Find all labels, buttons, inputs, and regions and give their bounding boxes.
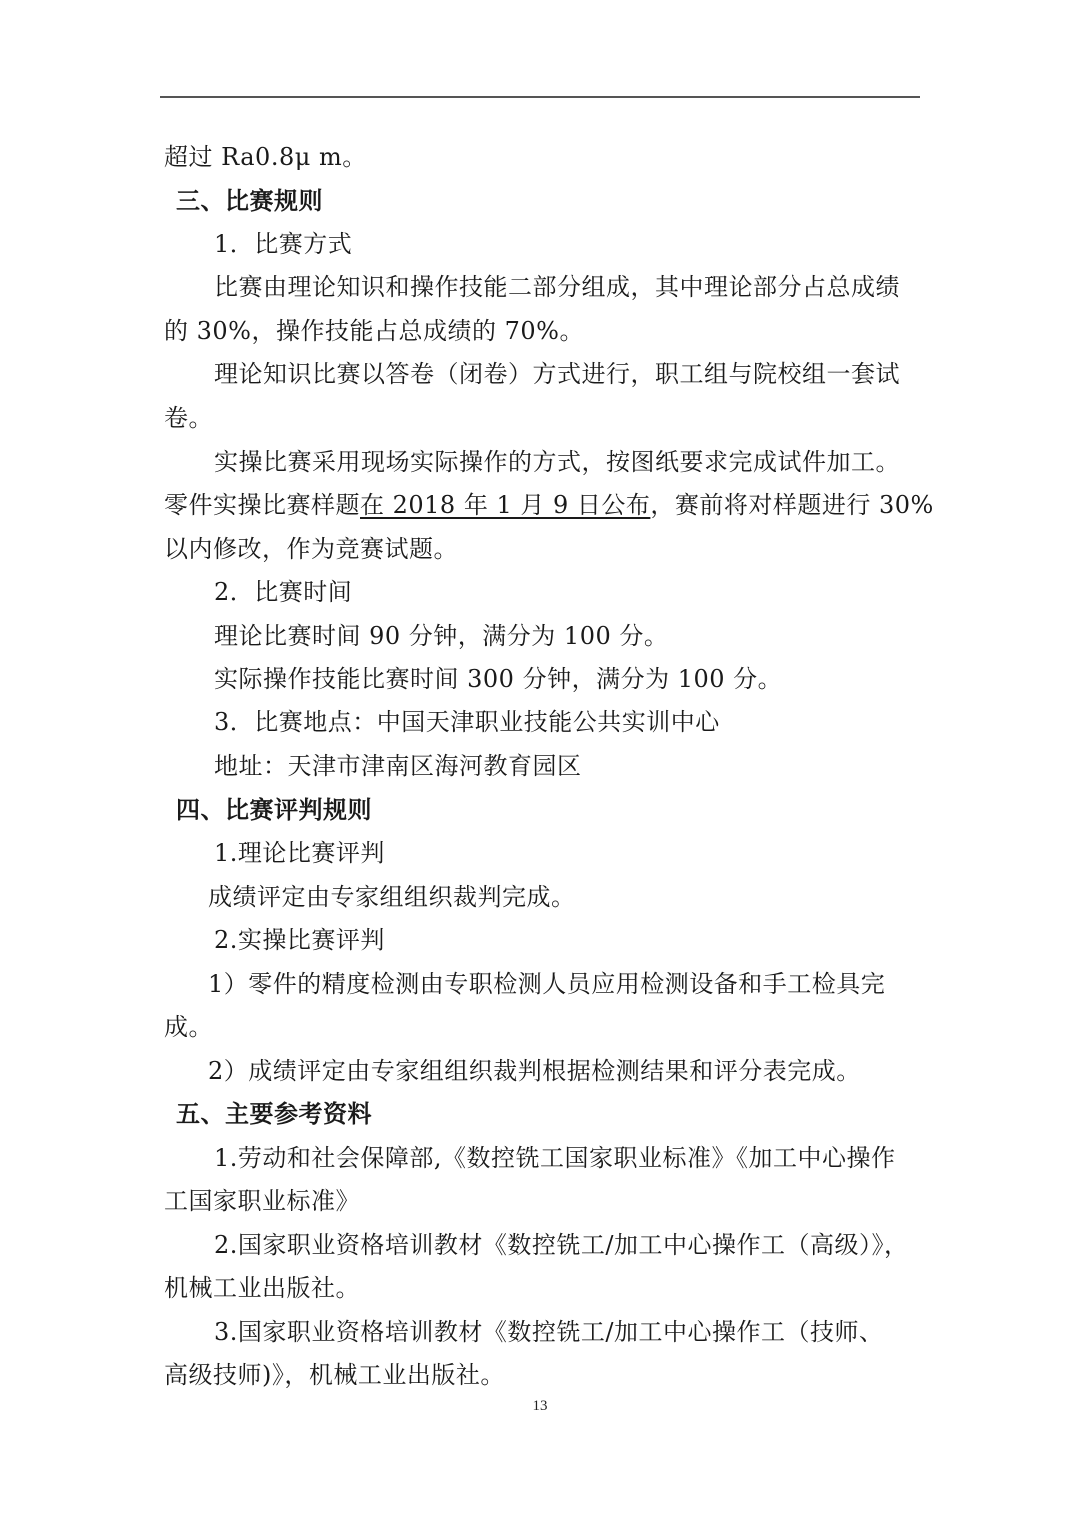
subsection-heading: 3．比赛地点：中国天津职业技能公共实训中心 — [214, 707, 720, 737]
paragraph-line: 零件实操比赛样题在 2018 年 1 月 9 日公布，赛前将对样题进行 30% — [164, 490, 934, 520]
section-heading-3: 三、比赛规则 — [176, 186, 323, 216]
text-run: ，赛前将对样题进行 30% — [650, 491, 933, 519]
underlined-date-text: 在 2018 年 1 月 9 日公布 — [360, 491, 650, 519]
reference-item: 2.国家职业资格培训教材《数控铣工/加工中心操作工（高级）》， — [214, 1230, 908, 1260]
section-heading-4: 四、比赛评判规则 — [176, 795, 372, 825]
paragraph-line: 理论知识比赛以答卷（闭卷）方式进行，职工组与院校组一套试 — [214, 359, 900, 389]
paragraph-line: 理论比赛时间 90 分钟，满分为 100 分。 — [214, 621, 668, 651]
paragraph-line: 成绩评定由专家组组织裁判完成。 — [208, 882, 576, 912]
paragraph-line: 的 30%，操作技能占总成绩的 70%。 — [164, 316, 584, 346]
paragraph-line: 2）成绩评定由专家组组织裁判根据检测结果和评分表完成。 — [208, 1056, 861, 1086]
paragraph-line: 实际操作技能比赛时间 300 分钟，满分为 100 分。 — [214, 664, 782, 694]
paragraph-line: 以内修改，作为竞赛试题。 — [164, 534, 458, 564]
paragraph-line: 实操比赛采用现场实际操作的方式，按图纸要求完成试件加工。 — [214, 447, 900, 477]
paragraph-line: 成。 — [164, 1012, 213, 1042]
reference-item: 机械工业出版社。 — [164, 1273, 360, 1303]
reference-item: 1.劳动和社会保障部,《数控铣工国家职业标准》《加工中心操作 — [214, 1143, 896, 1173]
subsection-heading: 2．比赛时间 — [214, 577, 352, 607]
reference-item: 3.国家职业资格培训教材《数控铣工/加工中心操作工（技师、 — [214, 1317, 883, 1347]
reference-item: 高级技师)》，机械工业出版社。 — [164, 1360, 505, 1390]
subsection-heading: 2.实操比赛评判 — [214, 925, 385, 955]
section-heading-5: 五、主要参考资料 — [176, 1099, 372, 1129]
paragraph-line: 超过 Ra0.8μ m。 — [164, 142, 367, 172]
page-number: 13 — [0, 1398, 1080, 1415]
header-rule — [160, 96, 920, 98]
reference-item: 工国家职业标准》 — [164, 1186, 360, 1216]
paragraph-line: 卷。 — [164, 403, 213, 433]
paragraph-line: 1）零件的精度检测由专职检测人员应用检测设备和手工检具完 — [208, 969, 885, 999]
paragraph-line: 地址：天津市津南区海河教育园区 — [214, 751, 582, 781]
text-run: 零件实操比赛样题 — [164, 491, 360, 519]
subsection-heading: 1．比赛方式 — [214, 229, 352, 259]
paragraph-line: 比赛由理论知识和操作技能二部分组成，其中理论部分占总成绩 — [214, 272, 900, 302]
subsection-heading: 1.理论比赛评判 — [214, 838, 385, 868]
